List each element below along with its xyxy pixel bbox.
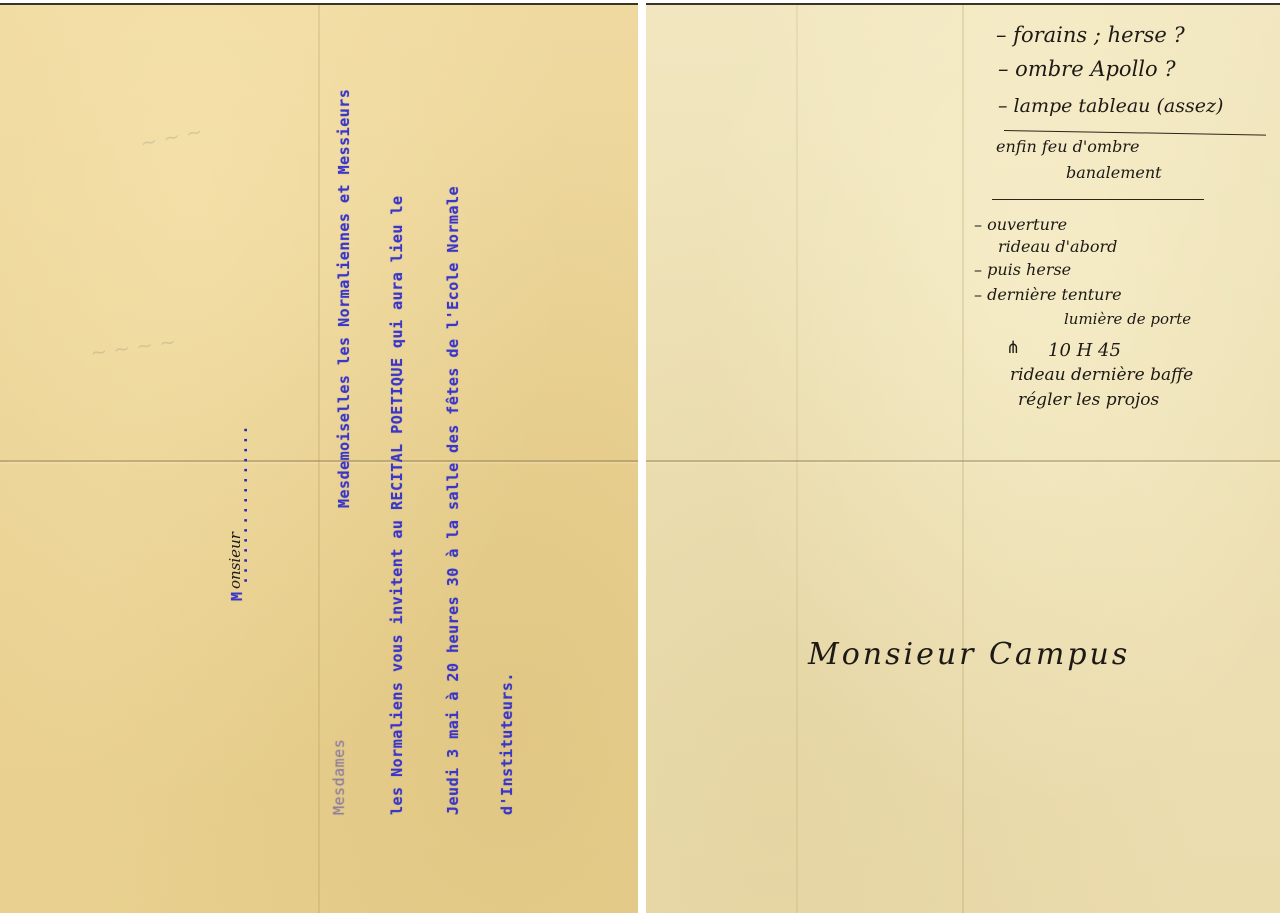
note-marker-icon: ⋔ [1006, 338, 1020, 358]
erased-typed-text: Mesdames [330, 739, 348, 815]
note-line: – puis herse [974, 260, 1071, 279]
note-line: rideau dernière baffe [1010, 365, 1193, 385]
addressee-prefix: M [228, 591, 246, 601]
note-line: – ombre Apollo ? [998, 57, 1176, 81]
invitation-line-3: Jeudi 3 mai à 20 heures 30 à la salle de… [444, 186, 462, 815]
fold-line [318, 5, 320, 913]
note-line: régler les projos [1018, 390, 1159, 410]
addressee-dots: ................ [233, 425, 251, 586]
fold-line [962, 5, 964, 913]
invitation-page-front: ~ ~ ~ ~ ~ ~ ~ M onsieur ................… [0, 3, 638, 913]
note-line: enfin feu d'ombre [996, 137, 1139, 156]
show-through-marks: ~ ~ ~ [138, 119, 205, 156]
note-line: – forains ; herse ? [996, 23, 1185, 47]
note-line: rideau d'abord [998, 237, 1117, 256]
show-through-marks: ~ ~ ~ ~ [89, 329, 178, 365]
underline-rule [1004, 130, 1266, 136]
note-time: 10 H 45 [1048, 340, 1121, 361]
invitation-line-4: d'Instituteurs. [498, 672, 516, 815]
note-line: – ouverture [974, 215, 1067, 234]
fold-line [796, 5, 798, 913]
note-line: – lampe tableau (assez) [998, 95, 1223, 117]
note-line: lumière de porte [1064, 310, 1191, 328]
invitation-line-2: les Normaliens vous invitent au RECITAL … [388, 196, 406, 816]
addressee-handwritten: Monsieur Campus [808, 637, 1130, 672]
note-line: – dernière tenture [974, 285, 1122, 304]
invitation-line-1: Mesdemoiselles les Normaliennes et Messi… [335, 89, 353, 508]
separator-rule [992, 199, 1204, 200]
note-line: banalement [1066, 163, 1162, 182]
invitation-page-back: – forains ; herse ? – ombre Apollo ? – l… [646, 3, 1280, 913]
